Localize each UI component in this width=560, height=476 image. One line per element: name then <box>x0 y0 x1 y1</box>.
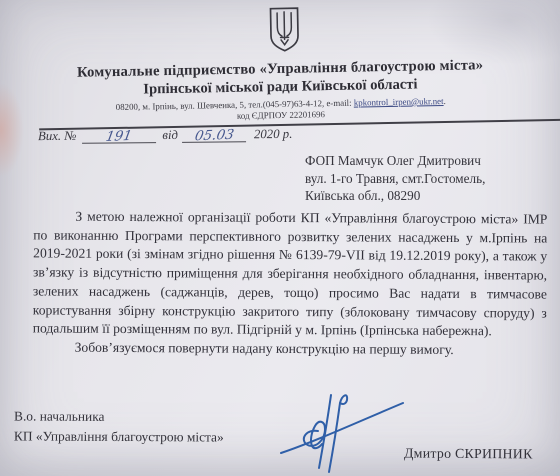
contact-suffix: . <box>443 96 445 106</box>
year-text: 2020 р. <box>254 127 293 141</box>
recipient-region-zip: Київська обл., 08290 <box>305 187 485 205</box>
body-paragraph-1: З метою належної організації роботи КП «… <box>33 207 548 341</box>
body-paragraph-2: Зобов’язуємося повернути надану конструк… <box>33 338 547 360</box>
handwritten-signature-icon <box>276 388 408 476</box>
date-from-label: від <box>162 128 178 142</box>
recipient-block: ФОП Мамчук Олег Дмитрович вул. 1-го Трав… <box>305 152 485 205</box>
scanned-letter-page: Комунальне підприємство «Управління благ… <box>0 0 560 476</box>
outgoing-number-blank: 191 <box>82 127 156 144</box>
outgoing-number-label: Вих. № <box>38 129 76 143</box>
signer-position-line2: КП «Управління благоустрою міста» <box>14 426 224 447</box>
contact-email: kpkontrol_irpen@ukr.net <box>354 96 444 108</box>
handwritten-date: 05.03 <box>193 127 235 145</box>
reference-line: Вих. №191від05.032020 р. <box>38 126 292 144</box>
date-blank: 05.03 <box>182 126 246 143</box>
signer-name: Дмитро СКРИПНИК <box>404 446 533 463</box>
recipient-name: ФОП Мамчук Олег Дмитрович <box>305 152 485 170</box>
letter-body: З метою належної організації роботи КП «… <box>33 207 548 360</box>
recipient-street: вул. 1-го Травня, смт.Гостомель, <box>305 170 485 188</box>
handwritten-outgoing-number: 191 <box>105 128 134 145</box>
letterhead: Комунальне підприємство «Управління благ… <box>0 0 560 131</box>
signer-position-block: В.о. начальника КП «Управління благоустр… <box>14 406 224 446</box>
ukraine-trident-emblem-icon <box>265 6 304 59</box>
signer-position-line1: В.о. начальника <box>14 406 224 427</box>
